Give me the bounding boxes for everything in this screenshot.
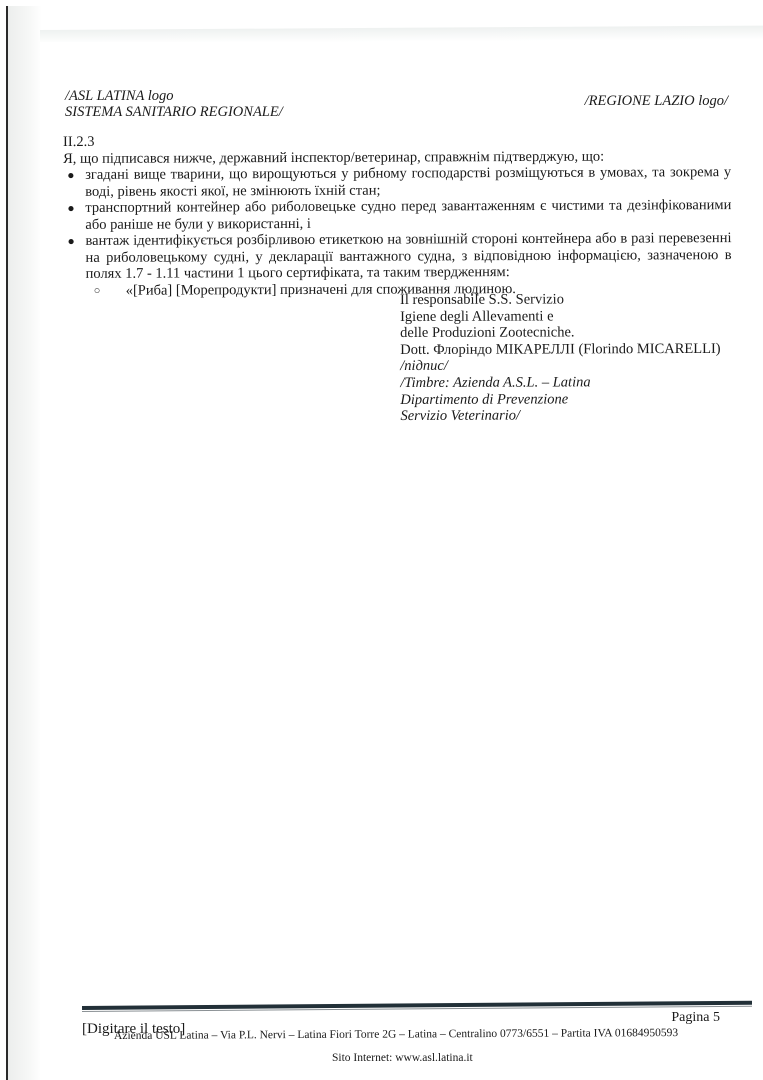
signature-mark: /підпис/	[400, 357, 720, 375]
signatory-title: Il responsabile S.S. Servizio	[400, 291, 720, 309]
signature-block: Il responsabile S.S. Servizio Igiene deg…	[400, 291, 721, 425]
hollow-bullet-icon: ○	[94, 282, 101, 299]
stamp-line-3: Servizio Veterinario/	[400, 407, 720, 425]
header-left: /ASL LATINA logo SISTEMA SANITARIO REGIO…	[65, 88, 283, 120]
page-number: Pagina 5	[671, 1010, 720, 1026]
header-asl-logo-label: /ASL LATINA logo	[65, 88, 283, 104]
list-item: ● згадані вище тварини, що вирощуються у…	[63, 164, 731, 200]
bullet-icon: ●	[67, 233, 74, 250]
stamp-line-2: Dipartimento di Prevenzione	[400, 390, 720, 408]
signatory-dept: Igiene degli Allevamenti e	[400, 307, 720, 325]
stamp-line-1: /Timbre: Azienda A.S.L. – Latina	[400, 374, 720, 392]
header-ssr-label: SISTEMA SANITARIO REGIONALE/	[65, 104, 283, 120]
scan-shadow	[8, 6, 42, 1080]
bullet-icon: ●	[67, 167, 74, 184]
certificate-body: II.2.3 Я, що підписався нижче, державний…	[63, 131, 732, 299]
signatory-dept-2: delle Produzioni Zootecniche.	[400, 324, 720, 342]
bullet-icon: ●	[67, 200, 74, 217]
footer-address: Azienda USL Latina – Via P.L. Nervi – La…	[114, 1027, 678, 1042]
document-page: /ASL LATINA logo SISTEMA SANITARIO REGIO…	[40, 42, 763, 1080]
list-item: ● вантаж ідентифікується розбірливою ети…	[63, 230, 731, 282]
signatory-name: Dott. Флоріндо МІКАРЕЛЛІ (Florindo MICAR…	[400, 341, 720, 359]
header-regione-logo-label: /REGIONE LAZIO logo/	[585, 93, 728, 110]
statement-list: ● згадані вище тварини, що вирощуються у…	[63, 164, 731, 282]
footer-website: Sito Internet: www.asl.latina.it	[332, 1052, 473, 1064]
list-item: ● транспортний контейнер або риболовецьк…	[63, 197, 731, 233]
